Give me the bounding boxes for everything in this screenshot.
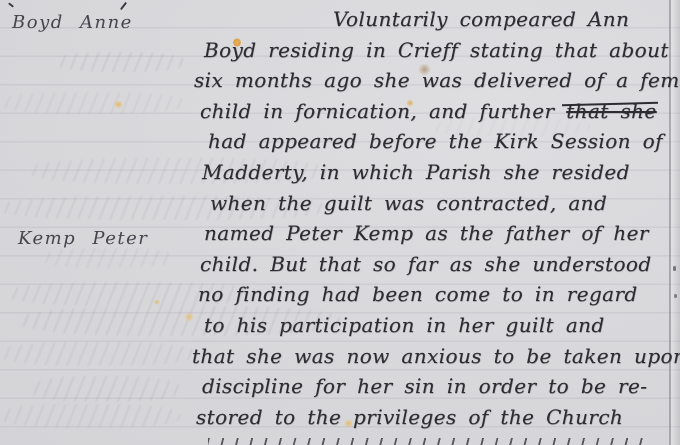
- manuscript-text: Madderty, in which Parish she resided: [202, 160, 630, 184]
- manuscript-text: child in fornication, and further: [200, 99, 566, 123]
- margin-entry-kemp-peter: Kemp Peter: [18, 228, 148, 249]
- clipped-letter-tops: [208, 438, 644, 445]
- manuscript-line: child. But that so far as she understood: [200, 249, 680, 280]
- manuscript-line: six months ago she was delivered of a fe…: [194, 65, 680, 96]
- manuscript-text: to his participation in her guilt and: [204, 313, 605, 337]
- manuscript-text: Boyd residing in Crieff stating that abo…: [204, 38, 669, 62]
- show-through-texture: [30, 376, 180, 402]
- manuscript-text: six months ago she was delivered of a fe…: [194, 68, 680, 92]
- struck-text: that she: [566, 99, 656, 123]
- manuscript-text: named Peter Kemp as the father of her: [204, 221, 649, 245]
- show-through-texture: [55, 52, 185, 72]
- manuscript-body: Voluntarily compeared AnnBoyd residing i…: [188, 4, 680, 432]
- manuscript-text: stored to the privileges of the Church: [196, 405, 623, 429]
- manuscript-text: when the guilt was contracted, and: [210, 191, 607, 215]
- manuscript-text: no finding had been come to in regard: [198, 282, 638, 306]
- manuscript-line: Voluntarily compeared Ann: [333, 4, 680, 35]
- manuscript-line: that she was now anxious to be taken upo…: [192, 341, 680, 372]
- manuscript-text: child. But that so far as she understood: [200, 252, 652, 276]
- show-through-texture: [0, 92, 185, 114]
- manuscript-line: named Peter Kemp as the father of her: [204, 218, 680, 249]
- manuscript-line: Boyd residing in Crieff stating that abo…: [204, 35, 680, 66]
- manuscript-line: had appeared before the Kirk Session of: [208, 126, 680, 157]
- manuscript-line: child in fornication, and further that s…: [200, 96, 680, 127]
- manuscript-text: Voluntarily compeared Ann: [333, 7, 629, 31]
- foxing-spot: [154, 299, 160, 305]
- ink-speck: [8, 2, 14, 7]
- manuscript-line: when the guilt was contracted, and: [210, 188, 680, 219]
- manuscript-line: discipline for her sin in order to be re…: [202, 371, 680, 402]
- manuscript-line: no finding had been come to in regard: [198, 279, 680, 310]
- manuscript-text: discipline for her sin in order to be re…: [202, 374, 647, 398]
- show-through-texture: [0, 342, 195, 366]
- margin-entry-boyd-anne: Boyd Anne: [12, 12, 133, 33]
- manuscript-line: to his participation in her guilt and: [204, 310, 680, 341]
- foxing-spot: [114, 100, 123, 109]
- manuscript-text: had appeared before the Kirk Session of: [208, 129, 663, 153]
- ink-speck: [120, 2, 127, 10]
- manuscript-text: that she was now anxious to be taken upo…: [192, 344, 680, 368]
- clipped-bottom-line: [208, 438, 644, 445]
- manuscript-line: stored to the privileges of the Church: [196, 402, 680, 433]
- show-through-texture: [40, 248, 175, 268]
- show-through-texture: [0, 404, 180, 428]
- manuscript-line: Madderty, in which Parish she resided: [202, 157, 680, 188]
- manuscript-page: Boyd Anne Kemp Peter Voluntarily compear…: [0, 0, 680, 445]
